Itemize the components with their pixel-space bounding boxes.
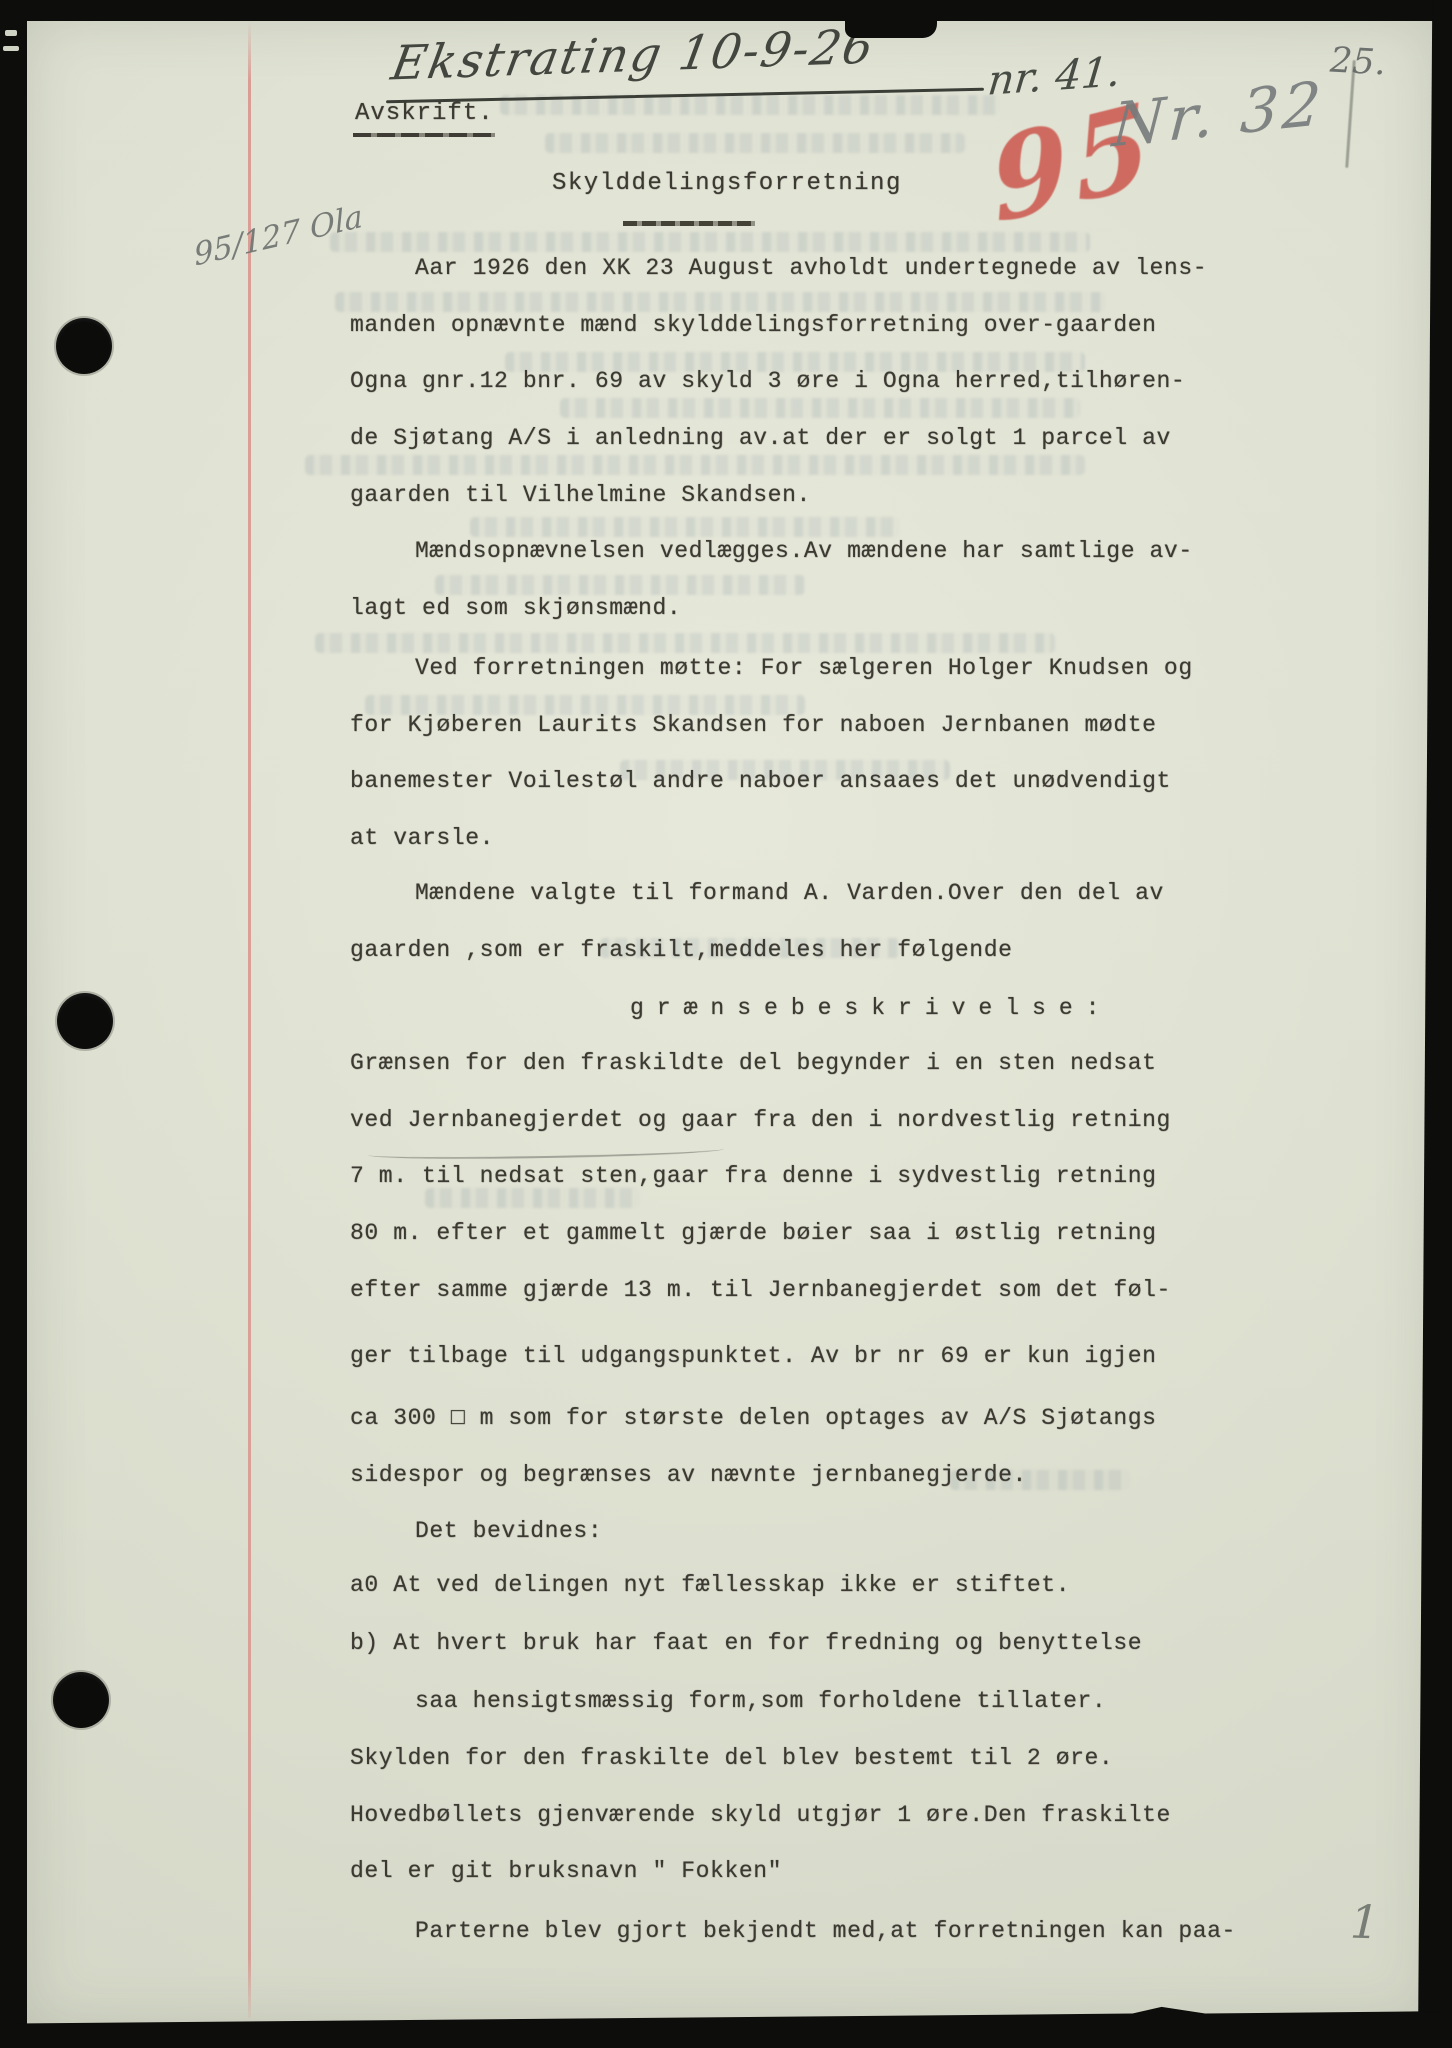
typed-line: Ogna gnr.12 bnr. 69 av skyld 3 øre i Ogn… (350, 368, 1185, 394)
typed-line: manden opnævnte mænd skylddelingsforretn… (350, 312, 1157, 338)
scan-speck (3, 46, 19, 51)
bleedthrough-smudge (560, 398, 1080, 418)
bleedthrough-smudge (335, 292, 1105, 312)
scan-edge-torn-notch (845, 0, 937, 38)
typed-line: Parterne blev gjort bekjendt med,at forr… (415, 1918, 1236, 1944)
typed-line: lagt ed som skjønsmænd. (350, 595, 681, 621)
bleedthrough-smudge (305, 455, 1085, 475)
typed-line: gaarden ,som er fraskilt,meddeles her fø… (350, 937, 1013, 963)
bleedthrough-smudge (330, 232, 1090, 252)
margin-rule-line (248, 21, 251, 2018)
typed-line: del er git bruksnavn " Fokken" (350, 1858, 782, 1884)
punch-hole (56, 318, 112, 374)
document-title-underline (623, 221, 755, 226)
typed-line: Grænsen for den fraskildte del begynder … (350, 1050, 1157, 1076)
punch-hole (53, 1672, 109, 1728)
typed-line: a0 At ved delingen nyt fællesskap ikke e… (350, 1572, 1070, 1598)
typed-line: grænsebeskrivelse: (630, 995, 1112, 1021)
bleedthrough-smudge (545, 133, 965, 153)
typed-line: de Sjøtang A/S i anledning av.at der er … (350, 425, 1171, 451)
document-title: Skylddelingsforretning (552, 170, 902, 197)
typed-line: Det bevidnes: (415, 1518, 602, 1544)
copy-label: Avskrift. (355, 100, 494, 127)
typed-line: 80 m. efter et gammelt gjærde bøier saa … (350, 1220, 1157, 1246)
typed-line: Aar 1926 den XK 23 August avholdt undert… (415, 255, 1207, 281)
typed-line: Hovedbøllets gjenværende skyld utgjør 1 … (350, 1802, 1171, 1828)
scan-edge-top (0, 0, 1452, 21)
typed-line: 7 m. til nedsat sten,gaar fra denne i sy… (350, 1163, 1157, 1189)
typed-line: ved Jernbanegjerdet og gaar fra den i no… (350, 1107, 1171, 1133)
typed-line: banemester Voilestøl andre naboer ansaae… (350, 768, 1171, 794)
typed-line: for Kjøberen Laurits Skandsen for naboen… (350, 712, 1157, 738)
typed-line: ca 300 □ m som for største delen optages… (350, 1405, 1157, 1431)
punch-hole (57, 993, 113, 1049)
typed-line: Mændene valgte til formand A. Varden.Ove… (415, 880, 1164, 906)
typed-line: Mændsopnævnelsen vedlægges.Av mændene ha… (415, 538, 1193, 564)
typed-line: Ved forretningen møtte: For sælgeren Hol… (415, 655, 1193, 681)
copy-label-underline (353, 133, 495, 137)
typed-line: Skylden for den fraskilte del blev beste… (350, 1745, 1113, 1771)
scanned-archive-page: { "annotations": { "top_script": "Ekstra… (0, 0, 1452, 2048)
scan-speck (5, 30, 17, 36)
typed-line: at varsle. (350, 825, 494, 851)
page-number-pencil: 25. (1329, 41, 1387, 84)
typed-line: sidespor og begrænses av nævnte jernbane… (350, 1462, 1027, 1488)
bleedthrough-smudge (425, 1188, 640, 1208)
typed-line: saa hensigtsmæssig form,som forholdene t… (415, 1688, 1106, 1714)
scan-edge-left (0, 0, 27, 2048)
typed-line: b) At hvert bruk har faat en for frednin… (350, 1630, 1142, 1656)
typed-line: ger tilbage til udgangspunktet. Av br nr… (350, 1343, 1157, 1369)
bleedthrough-smudge (435, 575, 805, 595)
bleedthrough-smudge (315, 633, 1055, 653)
typed-line: gaarden til Vilhelmine Skandsen. (350, 482, 811, 508)
bottom-pencil-mark: 1 (1349, 1895, 1380, 1950)
bleedthrough-smudge (470, 517, 900, 537)
typed-line: efter samme gjærde 13 m. til Jernbanegje… (350, 1277, 1171, 1303)
